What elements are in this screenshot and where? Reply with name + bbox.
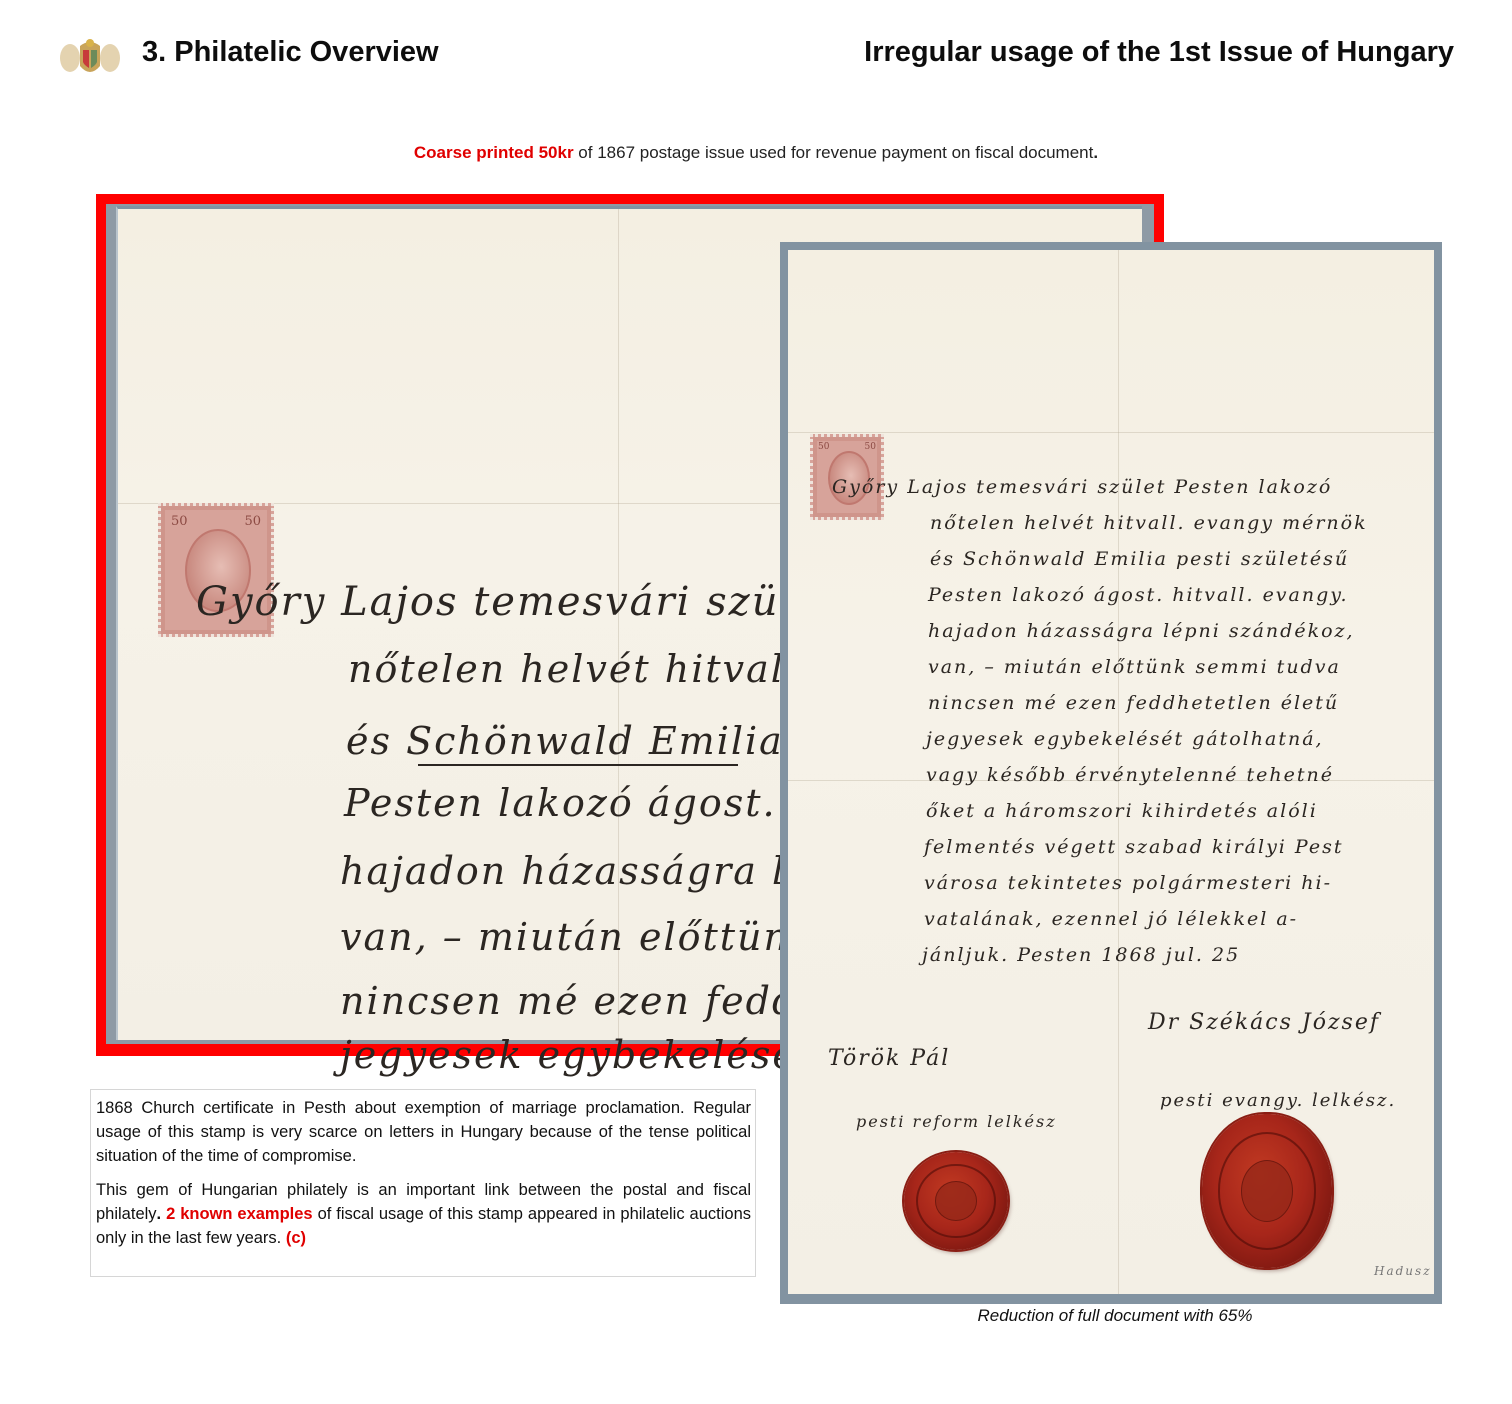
handwriting-line: hajadon házasságra l <box>340 849 786 893</box>
round-wax-seal <box>904 1152 1008 1250</box>
description-box: 1868 Church certificate in Pesth about e… <box>90 1089 756 1277</box>
archive-mark: Hadusz <box>1374 1264 1432 1278</box>
subtitle-highlight: Coarse printed 50kr <box>414 143 574 162</box>
handwriting-line: nincsen mé ezen feddhetetlen életű <box>928 692 1339 714</box>
subtitle-end: . <box>1093 143 1098 162</box>
handwriting-line: városa tekintetes polgármesteri hi- <box>924 872 1332 894</box>
handwriting-line: vatalának, ezennel jó lélekkel a- <box>924 908 1298 930</box>
handwriting-line: jegyesek egybekelését <box>340 1033 814 1077</box>
handwriting-line: és Schönwald Emilia p <box>346 719 824 763</box>
handwriting-line: felmentés végett szabad királyi Pest <box>924 836 1343 858</box>
handwriting-line: nincsen mé ezen fedd <box>340 979 798 1023</box>
reference-mark: (c) <box>286 1229 306 1247</box>
subtitle: Coarse printed 50kr of 1867 postage issu… <box>0 143 1512 163</box>
reduction-note: Reduction of full document with 65% <box>940 1306 1290 1326</box>
signature-szekacs: Dr Székács József <box>1148 1010 1380 1035</box>
signature-torok: Török Pál <box>828 1046 950 1071</box>
full-document-frame: 50 50 Győry Lajos temesvári szület Peste… <box>780 242 1442 1304</box>
handwriting-line: és Schönwald Emilia pesti születésű <box>930 548 1349 570</box>
handwriting-line: jánljuk. Pesten 1868 jul. 25 <box>922 944 1240 966</box>
underline <box>418 764 738 766</box>
handwriting-line: van, – miután előttünk semmi tudva <box>928 656 1341 678</box>
handwriting-line: Pesten lakozó ágost. hitvall. evangy. <box>928 584 1349 606</box>
handwriting-line: nőtelen helvét hitvall. evangy mérnök <box>930 512 1368 534</box>
handwriting-line: Győry Lajos temesvári szüle <box>196 579 820 625</box>
signature-title-right: pesti evangy. lelkész. <box>1160 1090 1396 1111</box>
handwriting-line: jegyesek egybekelését gátolhatná, <box>926 728 1324 750</box>
signature-title-left: pesti reform lelkész <box>856 1112 1057 1131</box>
section-title: 3. Philatelic Overview <box>142 36 439 69</box>
known-examples-highlight: 2 known examples <box>166 1205 313 1223</box>
handwriting-line: Győry Lajos temesvári szület Pesten lako… <box>832 476 1332 498</box>
description-paragraph-1: 1868 Church certificate in Pesth about e… <box>96 1096 751 1168</box>
handwriting-line: Pesten lakozó ágost. h <box>344 781 817 825</box>
handwriting-line: van, – miután előttün <box>340 915 790 959</box>
page-title: Irregular usage of the 1st Issue of Hung… <box>864 36 1454 69</box>
coat-of-arms-icon <box>58 36 122 80</box>
oval-wax-seal <box>1202 1114 1332 1268</box>
handwriting-line: nőtelen helvét hitvall. <box>348 647 813 691</box>
full-document: 50 50 Győry Lajos temesvári szület Peste… <box>788 250 1434 1294</box>
handwriting-line: hajadon házasságra lépni szándékoz, <box>928 620 1355 642</box>
handwriting-line: vagy később érvénytelenné tehetné <box>926 764 1334 786</box>
handwriting-line: őket a háromszori kihirdetés alóli <box>926 800 1318 822</box>
description-paragraph-2: This gem of Hungarian philately is an im… <box>96 1178 751 1250</box>
subtitle-text: of 1867 postage issue used for revenue p… <box>574 143 1094 162</box>
